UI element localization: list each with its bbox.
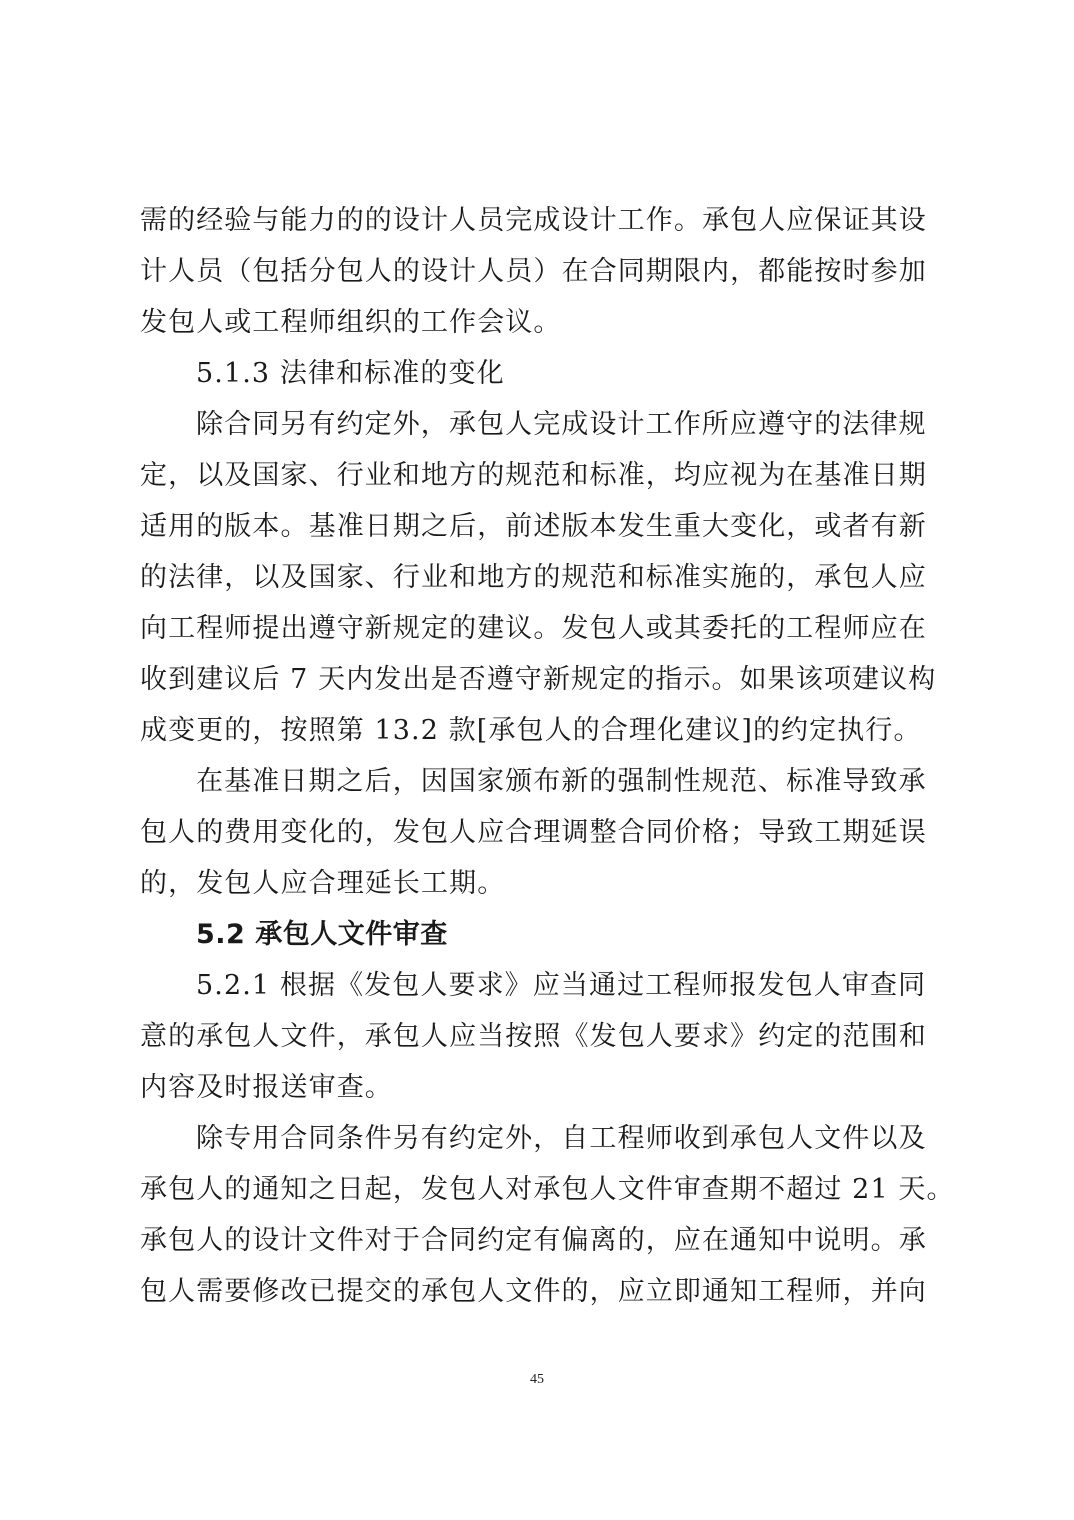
paragraph-line: 在基准日期之后，因国家颁布新的强制性规范、标准导致承: [140, 756, 940, 807]
paragraph-line: 5.2.1 根据《发包人要求》应当通过工程师报发包人审查同: [140, 960, 940, 1011]
paragraph-line: 适用的版本。基准日期之后，前述版本发生重大变化，或者有新: [140, 501, 940, 552]
paragraph-line: 计人员（包括分包人的设计人员）在合同期限内，都能按时参加: [140, 246, 940, 297]
paragraph-line: 包人的费用变化的，发包人应合理调整合同价格；导致工期延误: [140, 807, 940, 858]
paragraph-line: 的，发包人应合理延长工期。: [140, 858, 940, 909]
paragraph-line: 需的经验与能力的的设计人员完成设计工作。承包人应保证其设: [140, 195, 940, 246]
paragraph-line: 发包人或工程师组织的工作会议。: [140, 297, 940, 348]
paragraph-line: 除专用合同条件另有约定外，自工程师收到承包人文件以及: [140, 1113, 940, 1164]
paragraph-line: 的法律，以及国家、行业和地方的规范和标准实施的，承包人应: [140, 552, 940, 603]
document-page: 需的经验与能力的的设计人员完成设计工作。承包人应保证其设 计人员（包括分包人的设…: [140, 195, 940, 1317]
section-heading-5-2: 5.2 承包人文件审查: [140, 909, 940, 960]
paragraph-line: 收到建议后 7 天内发出是否遵守新规定的指示。如果该项建议构: [140, 654, 940, 705]
paragraph-line: 承包人的通知之日起，发包人对承包人文件审查期不超过 21 天。: [140, 1164, 940, 1215]
paragraph-line: 意的承包人文件，承包人应当按照《发包人要求》约定的范围和: [140, 1011, 940, 1062]
page-number: 45: [0, 1372, 1074, 1388]
paragraph-line: 包人需要修改已提交的承包人文件的，应立即通知工程师，并向: [140, 1266, 940, 1317]
paragraph-line: 成变更的，按照第 13.2 款[承包人的合理化建议]的约定执行。: [140, 705, 940, 756]
paragraph-line: 定，以及国家、行业和地方的规范和标准，均应视为在基准日期: [140, 450, 940, 501]
subsection-heading-5-1-3: 5.1.3 法律和标准的变化: [140, 348, 940, 399]
paragraph-line: 内容及时报送审查。: [140, 1062, 940, 1113]
paragraph-line: 除合同另有约定外，承包人完成设计工作所应遵守的法律规: [140, 399, 940, 450]
paragraph-line: 向工程师提出遵守新规定的建议。发包人或其委托的工程师应在: [140, 603, 940, 654]
paragraph-line: 承包人的设计文件对于合同约定有偏离的，应在通知中说明。承: [140, 1215, 940, 1266]
